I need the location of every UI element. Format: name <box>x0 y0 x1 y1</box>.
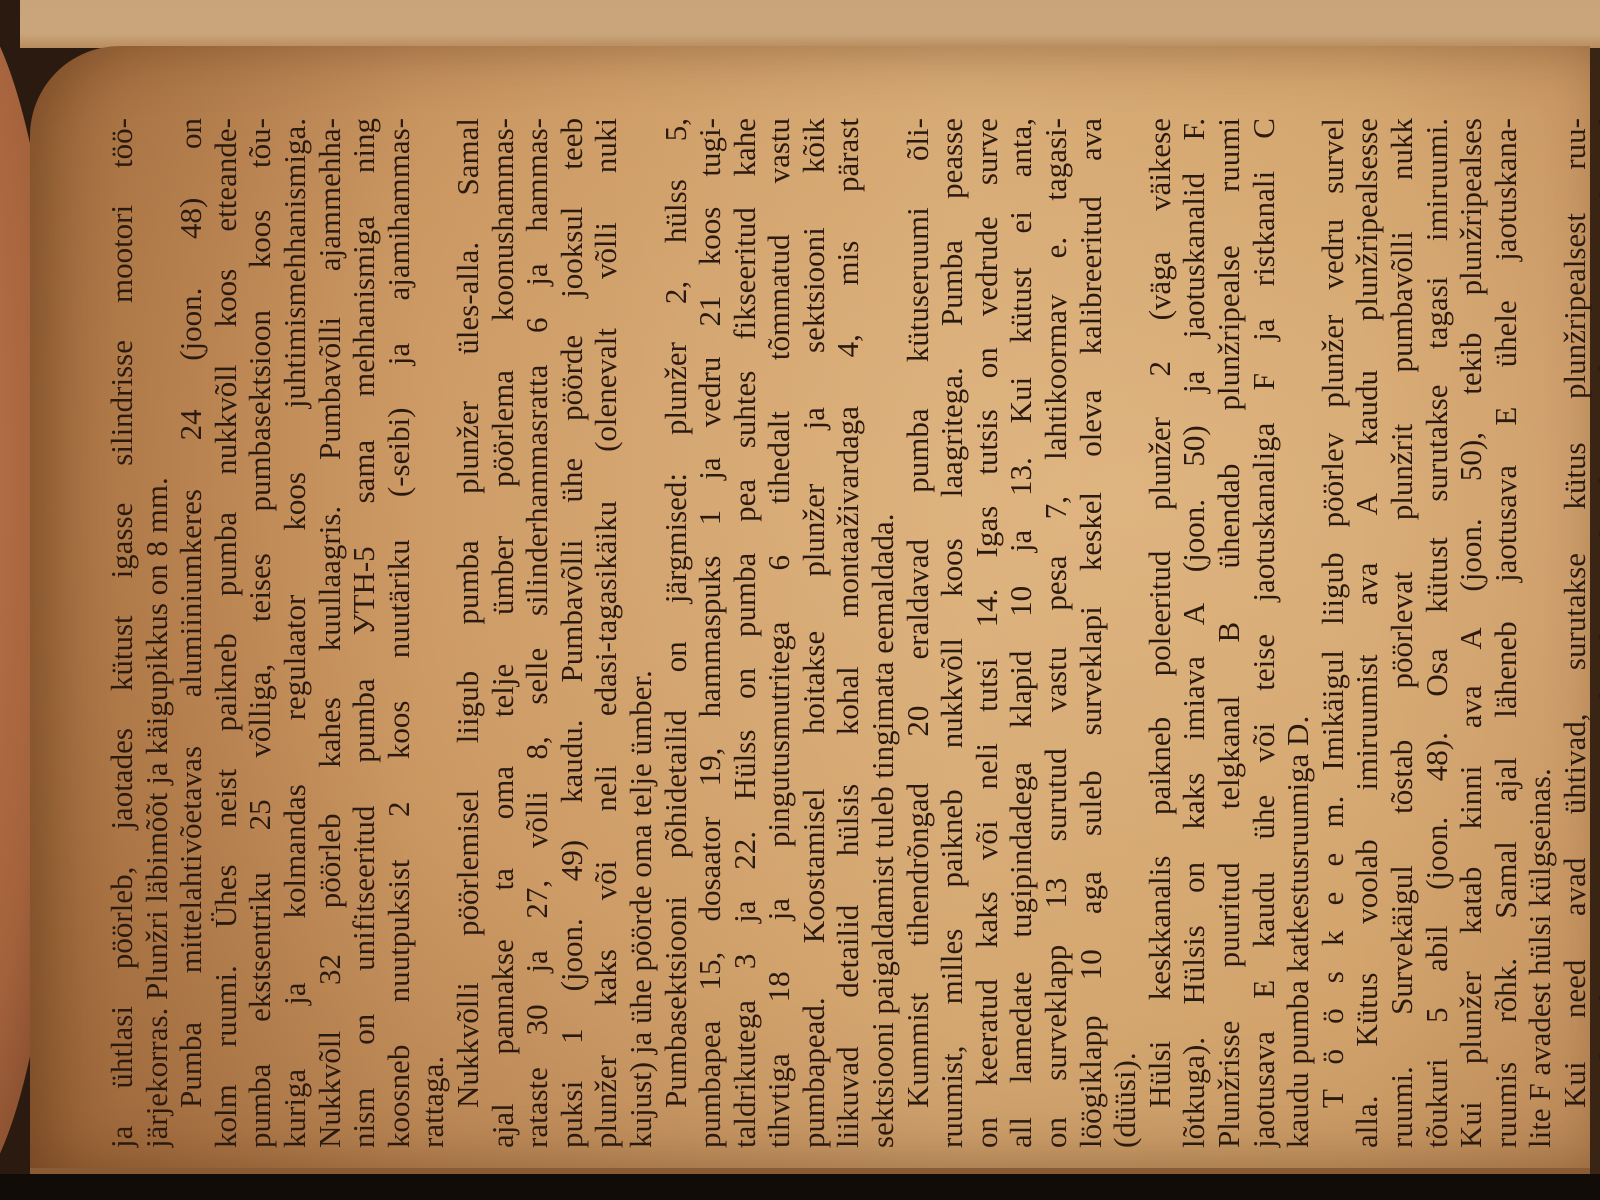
text-line: järjekorras. Plunžri läbimõõt ja käigupi… <box>140 118 175 1148</box>
body-text: ja ühtlasi pöörleb, jaotades kütust igas… <box>105 118 1600 1148</box>
upper-sheet-edge <box>20 0 1600 48</box>
text-line: Kui need avad ühtivad, surutakse kütus p… <box>1558 118 1593 1148</box>
text-line: Pumbasektsiooni põhidetailid on järgmise… <box>659 118 694 1148</box>
text-line: sektsiooni paigaldamist tuleb tingimata … <box>866 118 901 1148</box>
section-heading-line: T ö ö s k e e m. Imikäigul liigub pöörle… <box>1316 118 1351 1148</box>
text-line: pumbapea 15, dosaator 19, hammaspuks 1 j… <box>693 118 728 1148</box>
text-line: on surveklapp 13 surutud vastu pesa 7, l… <box>1039 118 1074 1148</box>
text-line: kolm ruumi. Ühes neist paikneb pumba nuk… <box>209 118 244 1148</box>
text-line: kuriga ja kolmandas regulaator koos juht… <box>278 118 313 1148</box>
photo-scene: ja ühtlasi pöörleb, jaotades kütust igas… <box>0 0 1600 1200</box>
text-line: mist kanali B, ava E ja kanali F kaudu p… <box>1593 118 1600 1148</box>
text-line: kaudu pumba katkestusruumiga D. <box>1281 118 1316 1148</box>
text-line: kujust) ja ühe pöörde oma telje ümber. <box>624 118 659 1148</box>
text-line: lite F avadest hülsi külgseinas. <box>1523 118 1558 1148</box>
text-line: pumba ekstsentriku 25 võlliga, teises pu… <box>243 118 278 1148</box>
rotated-text-region: ja ühtlasi pöörleb, jaotades kütust igas… <box>105 118 1525 1148</box>
text-line: alla. Kütus voolab imiruumist ava A kaud… <box>1350 118 1385 1148</box>
text-line: Plunžrisse puuritud telgkanal B ühendab … <box>1212 118 1247 1148</box>
text-line: taldrikutega 3 ja 22. Hülss on pumba pea… <box>728 118 763 1148</box>
text-line: Pumba mittelahtivõetavas alumiiniumkeres… <box>174 118 209 1148</box>
text-line: all lamedate tugipindadega klapid 10 ja … <box>1004 118 1039 1148</box>
text-line: (düüsi). <box>1108 118 1143 1148</box>
text-line: lõtkuga). Hülsis on kaks imiava A (joon.… <box>1177 118 1212 1148</box>
text-line: tihvtiga 18 ja pingutusmutritega 6 tihed… <box>762 118 797 1148</box>
text-line: liikuvad detailid hülsis kohal montaaživ… <box>831 118 866 1148</box>
text-line: rattaga. <box>416 118 451 1148</box>
text-line: puksi 1 (joon. 49) kaudu. Pumbavõlli ühe… <box>555 118 590 1148</box>
text-line: Kummist tihendrõngad 20 eraldavad pumba … <box>901 118 936 1148</box>
text-line: Kui plunžer katab kinni ava A (joon. 50)… <box>1454 118 1489 1148</box>
text-line: löögiklapp 10 aga suleb surveklapi keske… <box>1074 118 1109 1148</box>
text-line: on keeratud kaks või neli tutsi 14. Igas… <box>970 118 1005 1148</box>
text-line: pumbapead. Koostamisel hoitakse plunžer … <box>797 118 832 1148</box>
text-line: tõukuri 5 abil (joon. 48). Osa kütust su… <box>1420 118 1455 1148</box>
text-line: ruumist, milles paikneb nukkvõll koos la… <box>935 118 970 1148</box>
text-line: koosneb nuutpuksist 2 koos nuutäriku (-s… <box>382 118 417 1148</box>
dark-background <box>0 1174 1600 1200</box>
text-line: ajal pannakse ta oma telje ümber pöörlem… <box>486 118 521 1148</box>
text-line: ja ühtlasi pöörleb, jaotades kütust igas… <box>105 118 140 1148</box>
text-line: Nukkvõll 32 pöörleb kahes kuullaagris. P… <box>313 118 348 1148</box>
text-line: Hülsi keskkanalis paikneb poleeritud plu… <box>1143 118 1178 1148</box>
text-line: nism on unifitseeritud pumba УТН-5 sama … <box>347 118 382 1148</box>
text-line: ruumis rõhk. Samal ajal läheneb jaotusav… <box>1489 118 1524 1148</box>
text-line: Nukkvõlli pöörlemisel liigub pumba plunž… <box>451 118 486 1148</box>
text-line: plunžer kaks või neli edasi-tagasikäiku … <box>589 118 624 1148</box>
text-line: ruumi. Survekäigul tõstab pöörlevat plun… <box>1385 118 1420 1148</box>
text-line: jaotusava E kaudu ühe või teise jaotuska… <box>1247 118 1282 1148</box>
text-line: rataste 30 ja 27, võlli 8, selle silinde… <box>520 118 555 1148</box>
